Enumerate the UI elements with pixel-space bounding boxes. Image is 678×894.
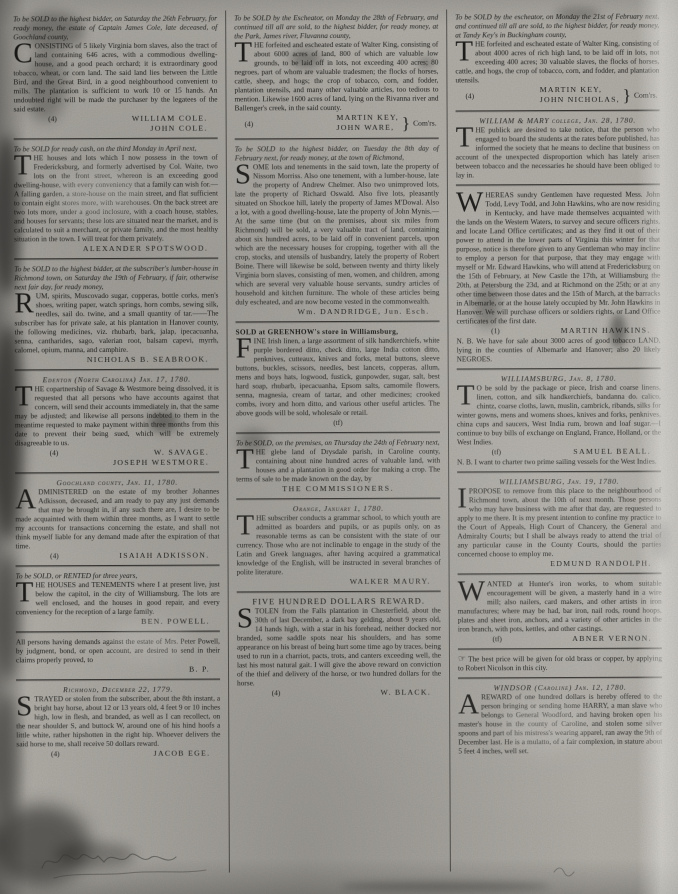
signature-suffix: Com'rs.	[634, 90, 658, 99]
ad-signature-line: (tf)ABNER VERNON.	[458, 634, 662, 644]
column-left: To be SOLD to the highest bidder, on Sat…	[12, 11, 222, 874]
ad-signature-line: (4)WILLIAM COLE.	[14, 114, 218, 124]
ad-signature-line: JOHN COLE.	[14, 124, 218, 134]
ad-body: THE publick are desired to take notice, …	[456, 125, 660, 180]
ad-separator-rule	[236, 498, 440, 500]
ad-body-text: ONSISTING of 5 likely Virginia born slav…	[13, 41, 217, 114]
signer-name: NICHOLAS B. SEABROOK.	[87, 355, 209, 365]
ad-separator-rule	[456, 110, 660, 112]
ad-frequency-tag: (1)	[491, 326, 500, 335]
ad-frequency-tag: (4)	[245, 119, 254, 128]
signer-names: MARTIN KEY,JOHN NICHOLAS,	[540, 85, 620, 105]
ad-separator-rule	[458, 677, 662, 679]
advertisement: SOLD at GREENHOW's store in Williamsburg…	[234, 324, 440, 432]
ad-body-text: INE Irish linen, a large assortment of s…	[236, 336, 440, 418]
drop-cap: T	[15, 385, 35, 408]
ad-separator-rule	[236, 432, 440, 434]
ad-body: AREWARD of one hundred dollars is hereby…	[458, 692, 662, 756]
ad-signature-line: (4)ISAIAH ADKISSON.	[15, 551, 219, 561]
ad-body: THE forfeited and escheated estate of Wa…	[234, 40, 438, 113]
ad-body-text: HE forfeited and escheated estate of Wal…	[455, 39, 659, 85]
ad-body-text: ANTED at Hunter's iron works, to whom su…	[458, 579, 662, 634]
advertisement: WILLIAMSBURG, Jan. 19, 1780.IPROPOSE to …	[456, 474, 662, 573]
ad-body-text: PROPOSE to remove from this place to the…	[457, 486, 661, 559]
signer-name: WILLIAM COLE.	[132, 114, 208, 123]
ad-signature-line: (1)MARTIN HAWKINS.	[457, 326, 661, 336]
ad-frequency-tag: (4)	[50, 551, 59, 560]
advertisement: ☞The best price will be given for old br…	[457, 651, 663, 677]
advertisement: WILLIAMSBURG, Jan. 8, 1780.TO be sold by…	[456, 371, 662, 471]
signer-name: ISAIAH ADKISSON.	[119, 551, 209, 560]
ad-frequency-tag: (4)	[465, 91, 474, 100]
advertisement: To be SOLD to the highest bidder, at the…	[13, 261, 219, 369]
ad-separator-rule	[457, 471, 661, 473]
ad-separator-rule	[235, 138, 439, 140]
ad-body: All persons having demands against the e…	[16, 637, 220, 665]
ad-separator-rule	[15, 472, 219, 474]
ad-note: N. B. We have for sale about 3000 acres …	[457, 336, 661, 364]
ad-frequency-tag: (tf)	[492, 447, 501, 456]
drop-cap: T	[236, 448, 256, 471]
ad-body: THE forfeited and escheated estate of Wa…	[455, 39, 659, 85]
ad-body: THE HOUSES and TENEMENTS where I at pres…	[16, 580, 220, 617]
ad-body-text: HEREAS sundry Gentlemen have requested M…	[456, 190, 660, 326]
ad-signature-line: NICHOLAS B. SEABROOK.	[15, 355, 219, 365]
drop-cap: S	[16, 695, 34, 718]
drop-cap: S	[235, 163, 253, 186]
drop-cap: T	[16, 581, 36, 604]
ad-heading: To be SOLD to the highest bidder, on Sat…	[13, 14, 217, 42]
advertisement: Richmond, December 22, 1779.STRAYED or s…	[15, 682, 221, 763]
ad-signature-line: B. P.	[16, 665, 220, 675]
advertisement: WILLIAM & MARY college, Jan. 28, 1780.TH…	[455, 113, 661, 184]
advertisement: WINDSOR (Caroline) Jan. 12, 1780.AREWARD…	[457, 680, 663, 760]
ad-heading: To be SOLD by the Escheator, on Monday t…	[234, 13, 438, 41]
ad-separator-rule	[457, 368, 661, 370]
ad-body: STOLEN from the Falls plantation in Ches…	[237, 606, 441, 688]
signer-name: SAMUEL BEALL.	[573, 447, 651, 456]
advertisement: To be SOLD for ready cash, on the third …	[13, 141, 220, 258]
ad-body: TO be sold by the package or piece, Iris…	[457, 383, 661, 447]
drop-cap: S	[237, 607, 255, 630]
signer-names: MARTIN KEY,JOHN WARE,	[336, 113, 398, 133]
signer-name: Wm. DANDRIDGE, Jun. Esch.	[298, 307, 430, 317]
drop-cap: T	[234, 41, 254, 64]
ad-separator-rule	[14, 258, 218, 260]
drop-cap: A	[15, 488, 38, 511]
signer-name: THE COMMISSIONERS.	[282, 484, 394, 493]
ad-signature-group: (4)MARTIN KEY,JOHN NICHOLAS,}Com'rs.	[455, 85, 659, 106]
signer-name: W. SAVAGE.	[154, 448, 209, 457]
advertisement: All persons having demands against the e…	[15, 634, 221, 679]
ad-body-text: HE publick are desired to take notice, t…	[456, 125, 660, 180]
ad-body-text: TRAYED or stolen from the subscriber, ab…	[16, 694, 220, 749]
ad-body-text: HE copartnership of Savage & Westmore be…	[15, 384, 219, 448]
ad-separator-rule	[458, 573, 662, 575]
ad-body-text: O be sold by the package or piece, Irish…	[457, 383, 661, 447]
signer-name: JACOB EGE.	[154, 749, 211, 758]
advertisement: To be SOLD by the escheator, on Monday t…	[454, 9, 660, 110]
ad-body: ADMINISTERED on the estate of my brother…	[15, 487, 219, 551]
ad-signature-line: BEN. POWELL.	[16, 617, 220, 627]
ad-heading: To be SOLD to the highest bidder, at the…	[14, 264, 218, 292]
signer-name: B. P.	[189, 665, 210, 674]
drop-cap: F	[236, 337, 254, 360]
advertisement: To be SOLD to the highest bidder, on Sat…	[12, 11, 219, 138]
ad-separator-rule	[456, 184, 660, 186]
ad-body: THE copartnership of Savage & Westmore b…	[15, 384, 219, 448]
advertisement: FIVE HUNDRED DOLLARS REWARD.STOLEN from …	[236, 594, 442, 702]
ad-body: IPROPOSE to remove from this place to th…	[457, 486, 661, 559]
ad-separator-rule	[16, 631, 220, 633]
ad-heading: To be SOLD to the highest bidder, on Tue…	[235, 144, 439, 163]
ad-signature-line: JOSEPH WESTMORE.	[15, 458, 219, 468]
signer-name: MARTIN KEY,	[540, 85, 620, 95]
brace-glyph: }	[402, 118, 410, 127]
advertisement: To be SOLD to the highest bidder, on Tue…	[234, 141, 441, 321]
ad-body-text: REWARD of one hundred dollars is hereby …	[458, 692, 662, 756]
ad-separator-rule	[458, 648, 662, 650]
column-rule	[225, 10, 230, 872]
ad-body: FINE Irish linen, a large assortment of …	[236, 336, 440, 418]
ad-body: RUM, spirits, Muscovado sugar, copperas,…	[14, 291, 218, 355]
column-middle: To be SOLD by the Escheator, on Monday t…	[233, 10, 443, 873]
ad-body-text: UM, spirits, Muscovado sugar, copperas, …	[14, 291, 218, 355]
ad-signature-line: THE COMMISSIONERS.	[236, 484, 440, 494]
drop-cap: T	[455, 40, 475, 63]
drop-cap: I	[457, 487, 469, 510]
signer-name: JOHN WARE,	[337, 123, 399, 133]
ad-body-text: All persons having demands against the e…	[16, 637, 220, 665]
signer-name: ABNER VERNON.	[572, 634, 652, 643]
ad-body: THE glebe land of Drysdale parish, in Ca…	[236, 447, 440, 484]
drop-cap: R	[14, 292, 35, 315]
ad-separator-rule	[16, 565, 220, 567]
ad-frequency-tag: (4)	[48, 114, 57, 123]
ad-signature-line: Wm. DANDRIDGE, Jun. Esch.	[235, 307, 439, 317]
drop-cap: T	[14, 154, 34, 177]
ad-separator-rule	[14, 138, 218, 140]
signer-name: WALKER MAURY.	[350, 577, 431, 586]
ad-frequency-tag: (4)	[51, 749, 60, 758]
signer-name: BEN. POWELL.	[141, 617, 210, 626]
ad-separator-rule	[16, 679, 220, 681]
ad-body: SOME lots and tenements in the said town…	[235, 162, 440, 307]
drop-cap: W	[458, 580, 487, 603]
drop-cap: W	[456, 191, 485, 214]
drop-cap: T	[457, 384, 477, 407]
signer-name: JOHN COLE.	[150, 124, 207, 133]
ad-frequency-tag: (tf)	[236, 418, 440, 428]
page-content: To be SOLD to the highest bidder, on Sat…	[0, 0, 678, 879]
ad-body-text: DMINISTERED on the estate of my brother …	[15, 487, 219, 551]
advertisement: WHEREAS sundry Gentlemen have requested …	[455, 187, 662, 368]
ad-body: CONSISTING of 5 likely Virginia born sla…	[13, 41, 217, 114]
drop-cap: A	[458, 693, 481, 716]
ad-body-text: HE subscriber conducts a grammar school,…	[236, 513, 440, 577]
ad-body: STRAYED or stolen from the subscriber, a…	[16, 694, 220, 749]
ad-body-text: TOLEN from the Falls plantation in Chest…	[237, 606, 441, 688]
column-right: To be SOLD by the escheator, on Monday t…	[454, 9, 664, 872]
ad-body: ☞The best price will be given for old br…	[458, 654, 662, 673]
ad-frequency-tag: (4)	[272, 688, 281, 697]
advertisement: Edenton (North Carolina) Jan. 17, 1780.T…	[14, 372, 220, 472]
ad-signature-line: (tf)SAMUEL BEALL.	[457, 447, 661, 457]
advertisement: To be SOLD by the Escheator, on Monday t…	[233, 10, 440, 138]
advertisement: To be SOLD, or RENTED for three years,TH…	[15, 568, 221, 631]
column-rule	[446, 10, 451, 872]
signer-name: JOHN NICHOLAS,	[540, 95, 620, 105]
ad-signature-line: ALEXANDER SPOTSWOOD.	[14, 244, 218, 254]
advertisement: To be SOLD, on the premises, on Thursday…	[235, 435, 441, 498]
signer-name: MARTIN KEY,	[336, 113, 398, 123]
ad-signature-line: (4)W. BLACK.	[237, 688, 441, 698]
ad-separator-rule	[237, 591, 441, 593]
advertisement: Orange, January 1, 1780.THE subscriber c…	[235, 501, 441, 591]
ad-signature-line: (4)W. SAVAGE.	[15, 448, 219, 458]
drop-cap: T	[236, 514, 256, 537]
ad-separator-rule	[15, 369, 219, 371]
drop-cap: T	[456, 126, 476, 149]
ad-body-text: The best price will be given for old bra…	[458, 654, 662, 673]
ad-frequency-tag: (tf)	[493, 634, 502, 643]
ad-heading: To be SOLD by the escheator, on Monday t…	[455, 12, 659, 40]
ad-body-text: HE houses and lots which I now possess i…	[14, 153, 218, 244]
ad-body: THE subscriber conducts a grammar school…	[236, 513, 440, 577]
drop-cap: C	[13, 42, 34, 65]
ad-body-text: OME lots and tenements in the said town,…	[235, 162, 439, 307]
ad-frequency-tag: (4)	[50, 448, 59, 457]
ad-body: WHEREAS sundry Gentlemen have requested …	[456, 190, 661, 326]
ad-body: THE houses and lots which I now possess …	[14, 153, 218, 244]
newspaper-page: To be SOLD to the highest bidder, on Sat…	[0, 0, 678, 894]
ad-body-text: HE glebe land of Drysdale parish, in Car…	[236, 447, 440, 484]
ad-body: WANTED at Hunter's iron works, to whom s…	[458, 579, 662, 634]
ad-signature-group: (4)MARTIN KEY,JOHN WARE,}Com'rs.	[235, 113, 439, 134]
advertisement: Goochland county, Jan. 11, 1780.ADMINIST…	[14, 475, 220, 565]
ad-body-text: HE HOUSES and TENEMENTS where I at prese…	[16, 580, 220, 617]
signer-name: W. BLACK.	[380, 688, 431, 697]
manicule-icon: ☞	[458, 653, 468, 663]
signer-name: ALEXANDER SPOTSWOOD.	[83, 244, 208, 254]
ink-blot	[340, 882, 550, 891]
signer-name: MARTIN HAWKINS.	[561, 326, 651, 335]
ad-signature-line: WALKER MAURY.	[237, 577, 441, 587]
advertisement: WANTED at Hunter's iron works, to whom s…	[457, 576, 663, 648]
ad-signature-line: EDMUND RANDOLPH.	[458, 559, 662, 569]
ad-body-text: HE forfeited and escheated estate of Wal…	[234, 40, 438, 113]
signer-name: JOSEPH WESTMORE.	[113, 458, 209, 467]
signature-suffix: Com'rs.	[413, 118, 437, 127]
ad-signature-line: (4)JACOB EGE.	[16, 749, 220, 759]
ad-separator-rule	[235, 321, 439, 323]
signer-name: EDMUND RANDOLPH.	[550, 559, 651, 568]
ad-note: N. B. I want to charter two prime sailin…	[457, 457, 661, 467]
brace-glyph: }	[623, 90, 631, 99]
